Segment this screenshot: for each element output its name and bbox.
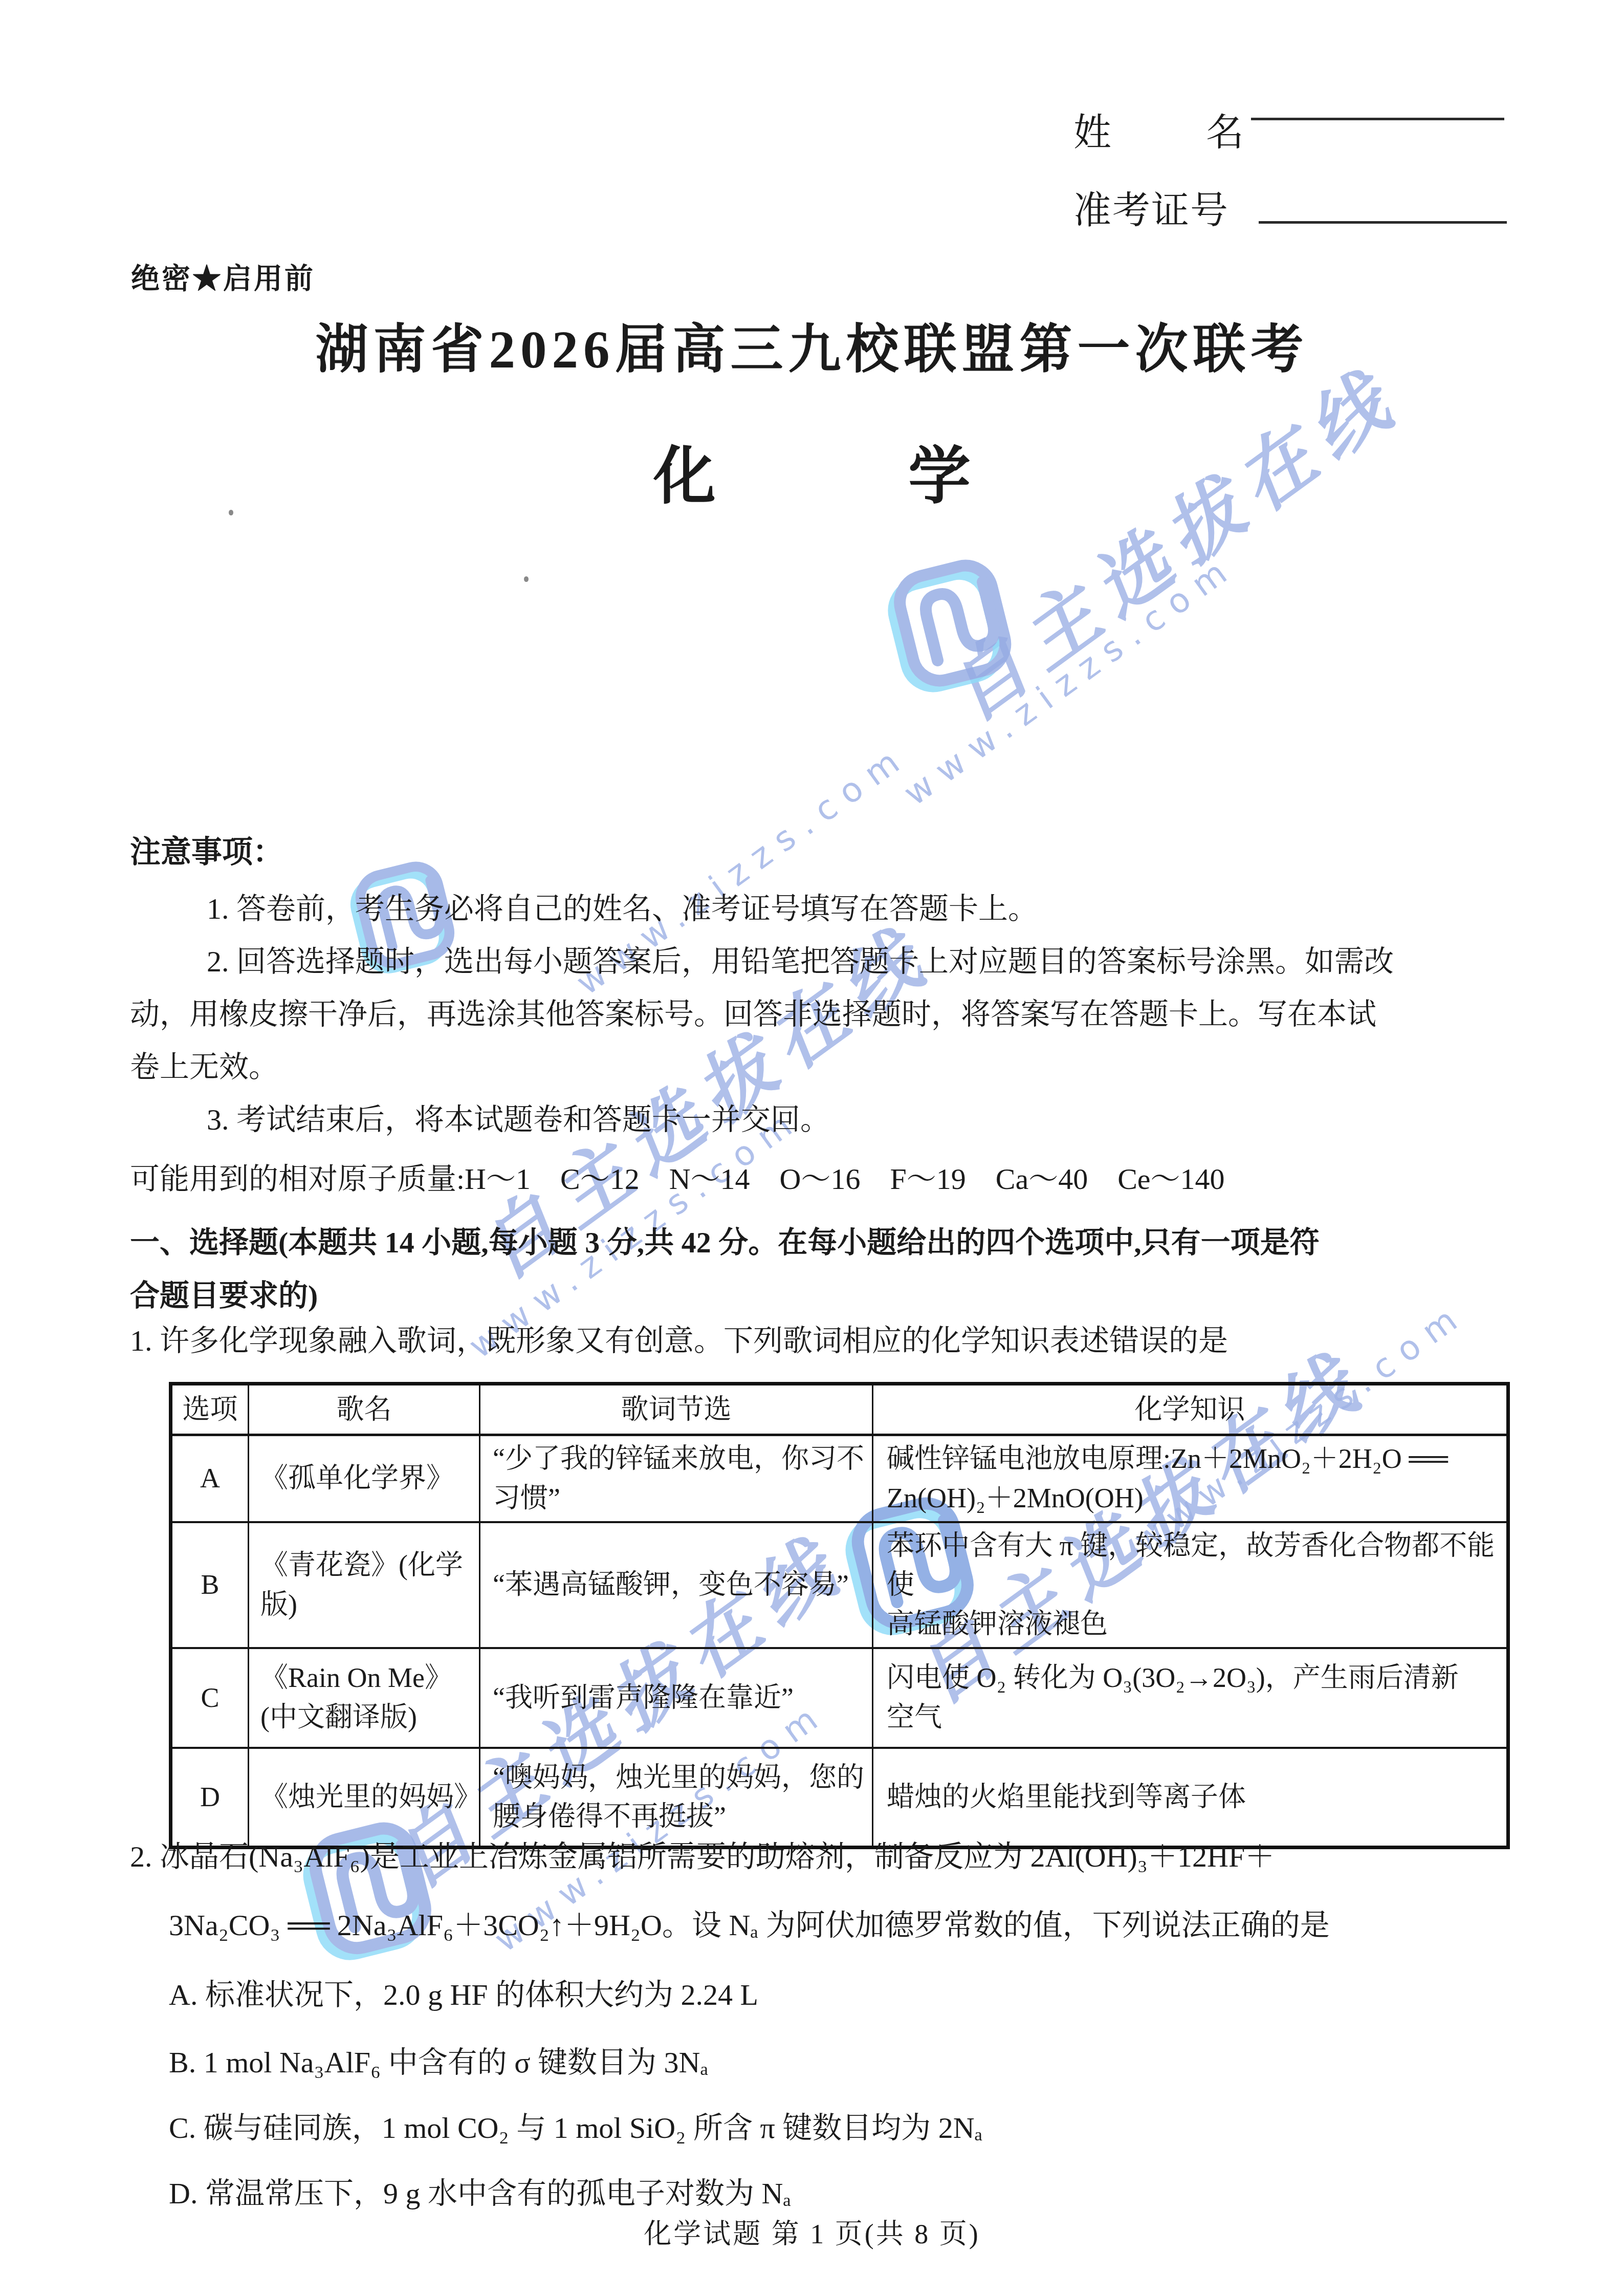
watermark-logo xyxy=(872,546,1031,706)
table-header-row: 选项 歌名 歌词节选 化学知识 xyxy=(171,1384,1508,1435)
exam-no-blank-line xyxy=(1259,221,1507,224)
song-name: 《青花瓷》(化学 版) xyxy=(249,1522,480,1648)
chemistry-knowledge: 苯环中含有大 π 键，较稳定，故芳香化合物都不能使 高锰酸钾溶液褪色 xyxy=(873,1522,1508,1648)
watermark-url-text: www.zizzs.com xyxy=(542,850,942,889)
notice-line: 1. 答卷前，考生务必将自己的姓名、准考证号填写在答题卡上。 xyxy=(207,891,1038,928)
table-row: D 《烛光里的妈妈》 “噢妈妈，烛光里的妈妈，您的 腰身倦得不再挺拔” 蜡烛的火… xyxy=(171,1748,1508,1848)
question2-stem-line2: 3Na₂CO₃ ══ 2Na₃AlF₆＋3CO₂↑＋9H₂O。设 Nₐ 为阿伏加… xyxy=(169,1907,1330,1944)
column-header-knowledge: 化学知识 xyxy=(873,1384,1508,1435)
column-header-option: 选项 xyxy=(171,1384,249,1435)
section1-heading-line1: 一、选择题(本题共 14 小题,每小题 3 分,共 42 分。在每小题给出的四个… xyxy=(130,1224,1320,1262)
question2-option-d: D. 常温常压下，9 g 水中含有的孤电子对数为 Nₐ xyxy=(169,2175,791,2213)
option-letter: A xyxy=(171,1435,249,1522)
song-name: 《烛光里的妈妈》 xyxy=(249,1748,480,1848)
name-field-label: 姓名 xyxy=(1073,102,1245,157)
exam-title: 湖南省2026届高三九校联盟第一次联考 xyxy=(0,307,1624,383)
lyric-excerpt: “我听到雷声隆隆在靠近” xyxy=(480,1648,873,1748)
name-blank-line xyxy=(1251,118,1504,120)
lyric-excerpt: “苯遇高锰酸钾，变色不容易” xyxy=(480,1522,873,1648)
chemistry-knowledge: 蜡烛的火焰里能找到等离子体 xyxy=(873,1748,1508,1848)
question1-table: 选项 歌名 歌词节选 化学知识 A 《孤单化学界》 “少了我的锌锰来放电，你习不… xyxy=(169,1382,1510,1849)
subject-title: 化学 xyxy=(0,426,1624,515)
chemistry-knowledge: 碱性锌锰电池放电原理:Zn＋2MnO₂＋2H₂O ══ Zn(OH)₂＋2MnO… xyxy=(873,1435,1508,1522)
lyric-excerpt: “噢妈妈，烛光里的妈妈，您的 腰身倦得不再挺拔” xyxy=(480,1748,873,1848)
question2-option-a: A. 标准状况下，2.0 g HF 的体积大约为 2.24 L xyxy=(169,1977,758,2014)
exam-paper-page: 自主选拔在线 www.zizzs.com 自主选拔在线 www.zizzs.co… xyxy=(0,0,1624,2296)
notice-line: 2. 回答选择题时，选出每小题答案后，用铅笔把答题卡上对应题目的答案标号涂黑。如… xyxy=(207,943,1394,981)
option-letter: B xyxy=(171,1522,249,1648)
question1-stem: 1. 许多化学现象融入歌词，既形象又有创意。下列歌词相应的化学知识表述错误的是 xyxy=(130,1323,1228,1360)
watermark-url-text: www.zizzs.com xyxy=(870,660,1269,700)
exam-no-field-label: 准考证号 xyxy=(1073,180,1229,234)
question2-option-c: C. 碳与硅同族，1 mol CO₂ 与 1 mol SiO₂ 所含 π 键数目… xyxy=(169,2110,982,2147)
notice-line: 动，用橡皮擦干净后，再选涂其他答案标号。回答非选择题时，将答案写在答题卡上。写在… xyxy=(130,996,1376,1033)
atomic-mass-line: 可能用到的相对原子质量:H～1 C～12 N～14 O～16 F～19 Ca～4… xyxy=(130,1161,1225,1198)
question2-stem-line1: 2. 冰晶石(Na₃AlF₆)是工业上冶炼金属铝所需要的助熔剂，制备反应为 2A… xyxy=(130,1838,1275,1876)
table-row: A 《孤单化学界》 “少了我的锌锰来放电，你习不 习惯” 碱性锌锰电池放电原理:… xyxy=(171,1435,1508,1522)
column-header-song: 歌名 xyxy=(249,1384,480,1435)
song-name: 《Rain On Me》 (中文翻译版) xyxy=(249,1648,480,1748)
secrecy-marking: 绝密★启用前 xyxy=(131,256,315,297)
notice-line: 卷上无效。 xyxy=(130,1049,278,1086)
ink-speck xyxy=(524,576,529,582)
page-footer: 化学试题 第 1 页(共 8 页) xyxy=(0,2212,1624,2251)
notice-heading: 注意事项： xyxy=(130,833,283,872)
table-row: C 《Rain On Me》 (中文翻译版) “我听到雷声隆隆在靠近” 闪电使 … xyxy=(171,1648,1508,1748)
question2-option-b: B. 1 mol Na₃AlF₆ 中含有的 σ 键数目为 3Nₐ xyxy=(169,2044,708,2082)
section1-heading-line2: 合题目要求的) xyxy=(130,1277,318,1315)
chemistry-knowledge: 闪电使 O₂ 转化为 O₃(3O₂→2O₃)，产生雨后清新 空气 xyxy=(873,1648,1508,1748)
option-letter: D xyxy=(171,1748,249,1848)
notice-line: 3. 考试结束后，将本试题卷和答题卡一并交回。 xyxy=(207,1101,830,1139)
lyric-excerpt: “少了我的锌锰来放电，你习不 习惯” xyxy=(480,1435,873,1522)
table-row: B 《青花瓷》(化学 版) “苯遇高锰酸钾，变色不容易” 苯环中含有大 π 键，… xyxy=(171,1522,1508,1648)
song-name: 《孤单化学界》 xyxy=(249,1435,480,1522)
option-letter: C xyxy=(171,1648,249,1748)
column-header-lyric: 歌词节选 xyxy=(480,1384,873,1435)
